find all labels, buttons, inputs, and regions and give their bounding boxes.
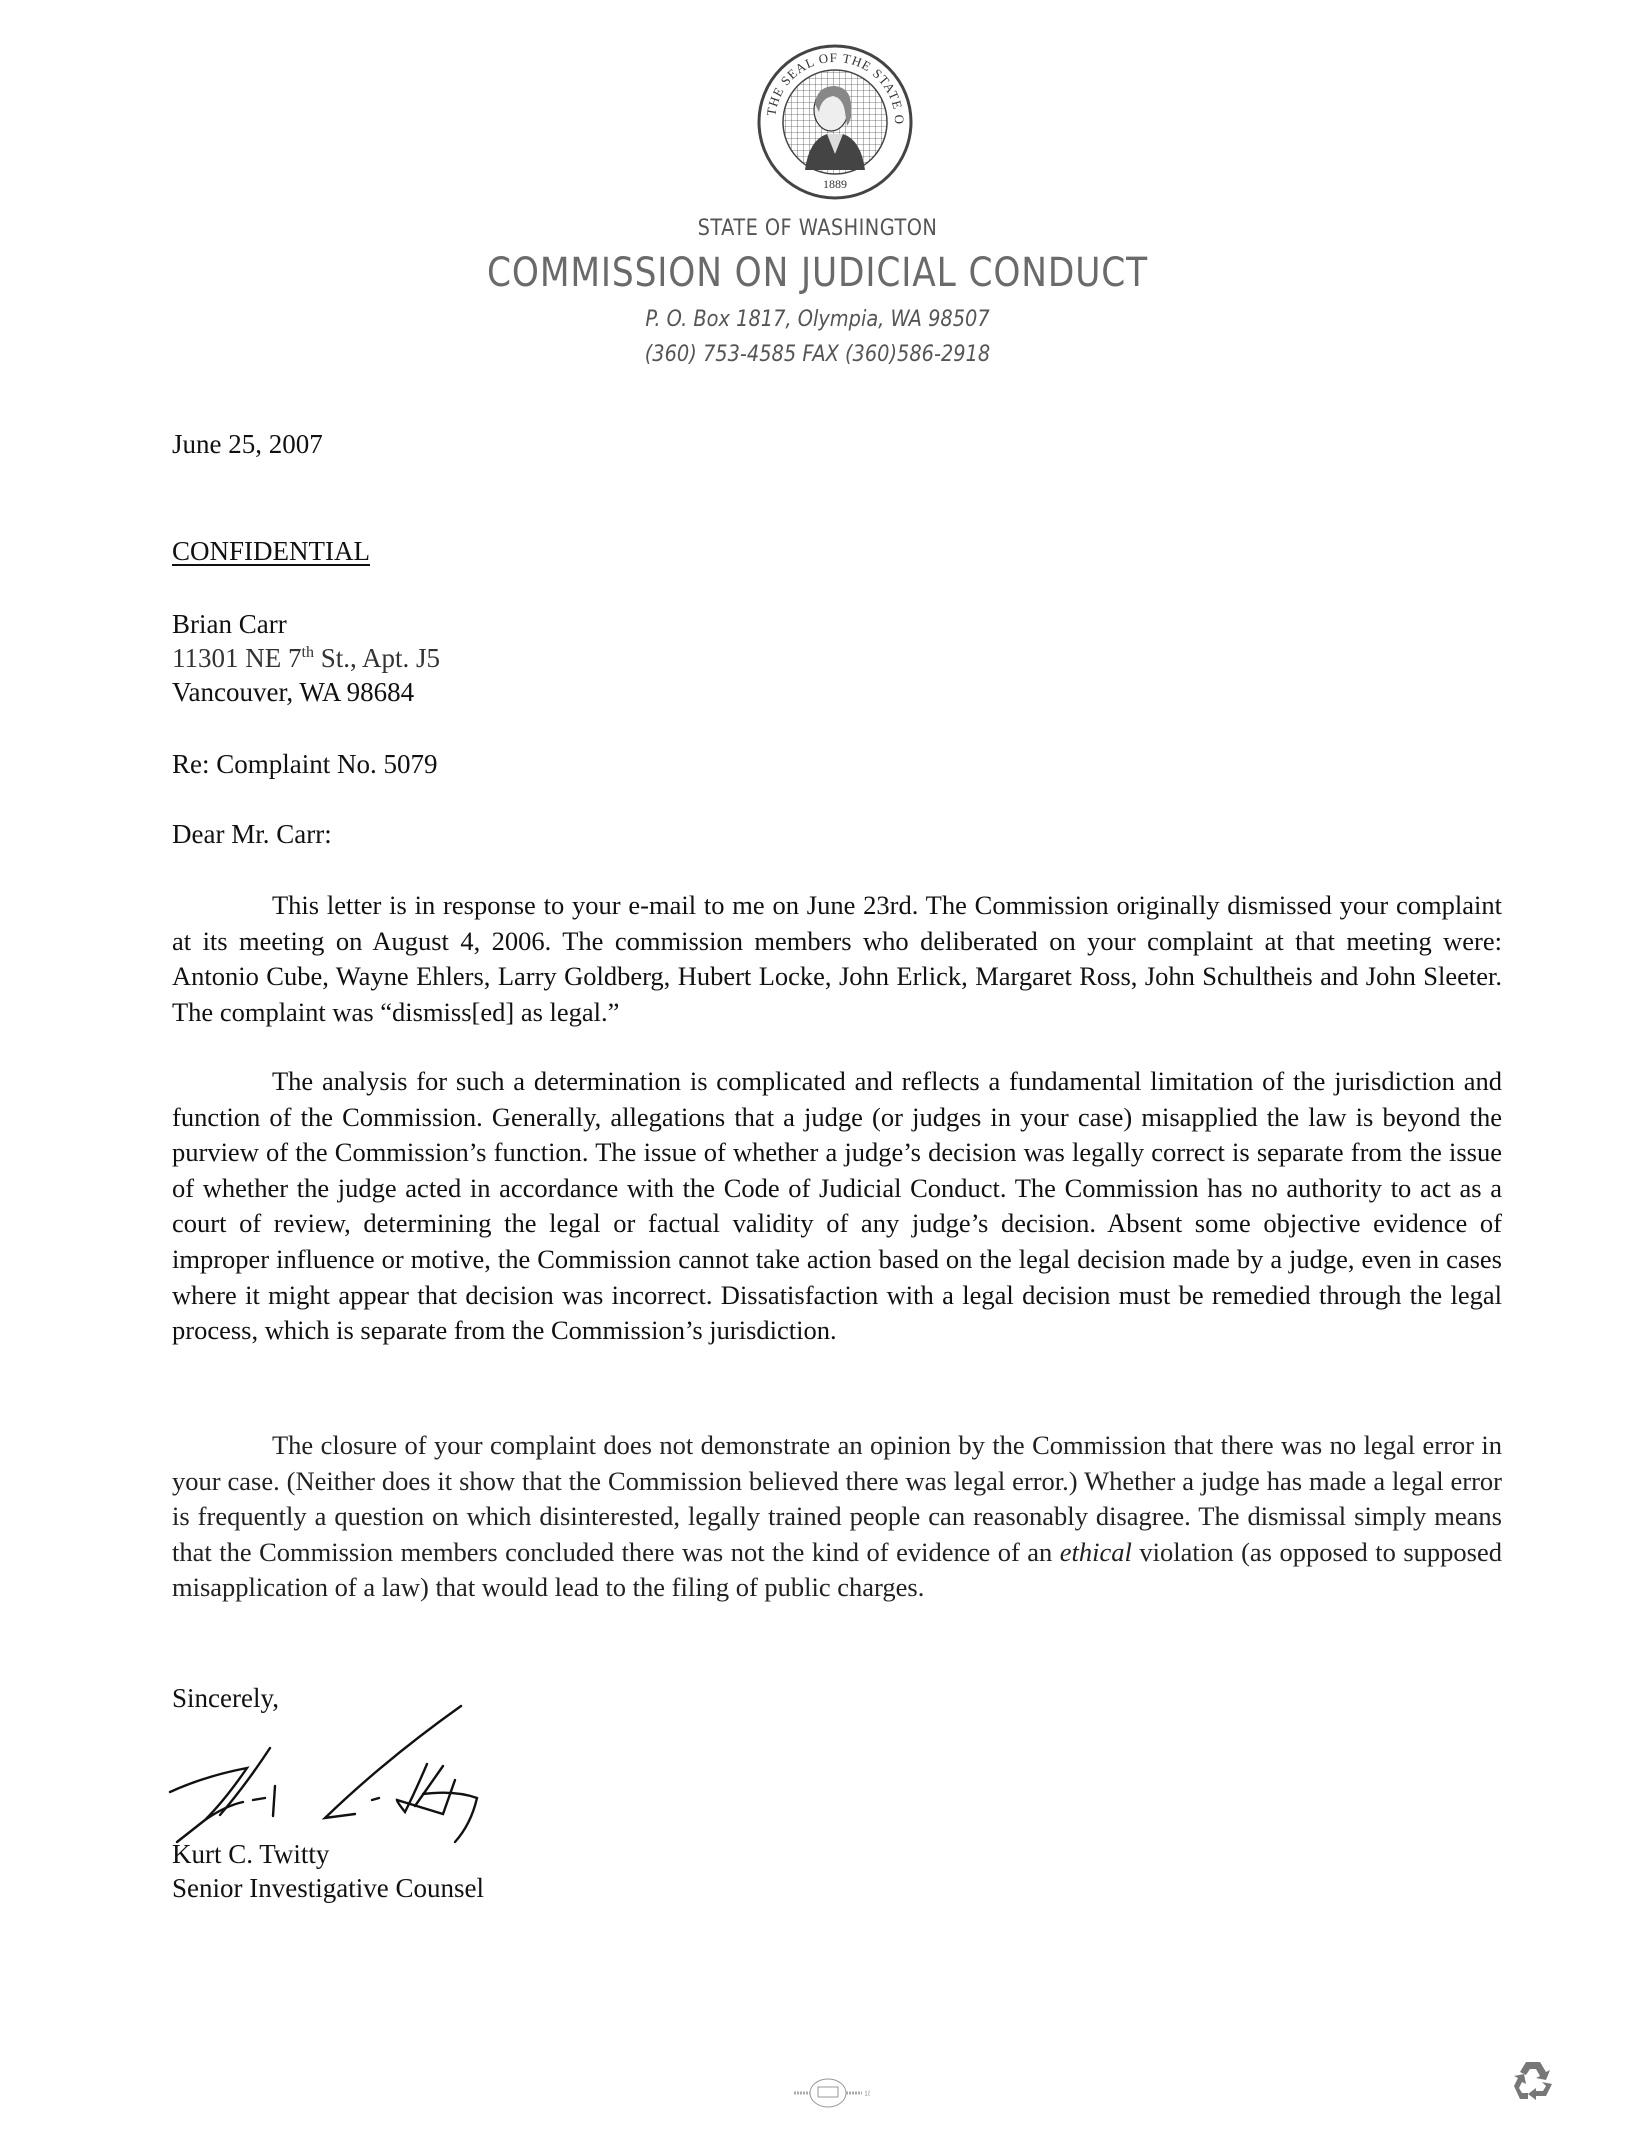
letterhead-state: STATE OF WASHINGTON: [98, 216, 1537, 241]
union-bug-seal-icon: 18: [790, 2075, 870, 2111]
recipient-street-address: 11301 NE 7th St., Apt. J5: [172, 642, 440, 674]
washington-state-seal-icon: THE SEAL OF THE STATE OF WASHINGTON 1889: [755, 42, 915, 202]
svg-text:18: 18: [864, 2089, 870, 2098]
recycle-icon: [1510, 2058, 1556, 2108]
letterhead-address: P. O. Box 1817, Olympia, WA 98507: [98, 307, 1537, 332]
confidential-label: CONFIDENTIAL: [172, 535, 370, 567]
handwritten-signature: [165, 1690, 505, 1850]
signer-title: Senior Investigative Counsel: [172, 1872, 484, 1904]
recipient-name: Brian Carr: [172, 608, 287, 640]
body-paragraph-1: This letter is in response to your e-mai…: [172, 888, 1502, 1030]
recipient-city-state-zip: Vancouver, WA 98684: [172, 676, 414, 708]
letterhead-agency-name: COMMISSION ON JUDICIAL CONDUCT: [114, 250, 1520, 296]
svg-text:1889: 1889: [823, 177, 847, 191]
body-paragraph-2: The analysis for such a determination is…: [172, 1064, 1502, 1349]
salutation: Dear Mr. Carr:: [172, 818, 332, 850]
signer-name: Kurt C. Twitty: [172, 1838, 329, 1870]
body-paragraph-3: The closure of your complaint does not d…: [172, 1428, 1502, 1606]
reference-line: Re: Complaint No. 5079: [172, 748, 438, 780]
letter-date: June 25, 2007: [172, 428, 323, 460]
letterhead-phone-fax: (360) 753-4585 FAX (360)586-2918: [98, 342, 1537, 367]
